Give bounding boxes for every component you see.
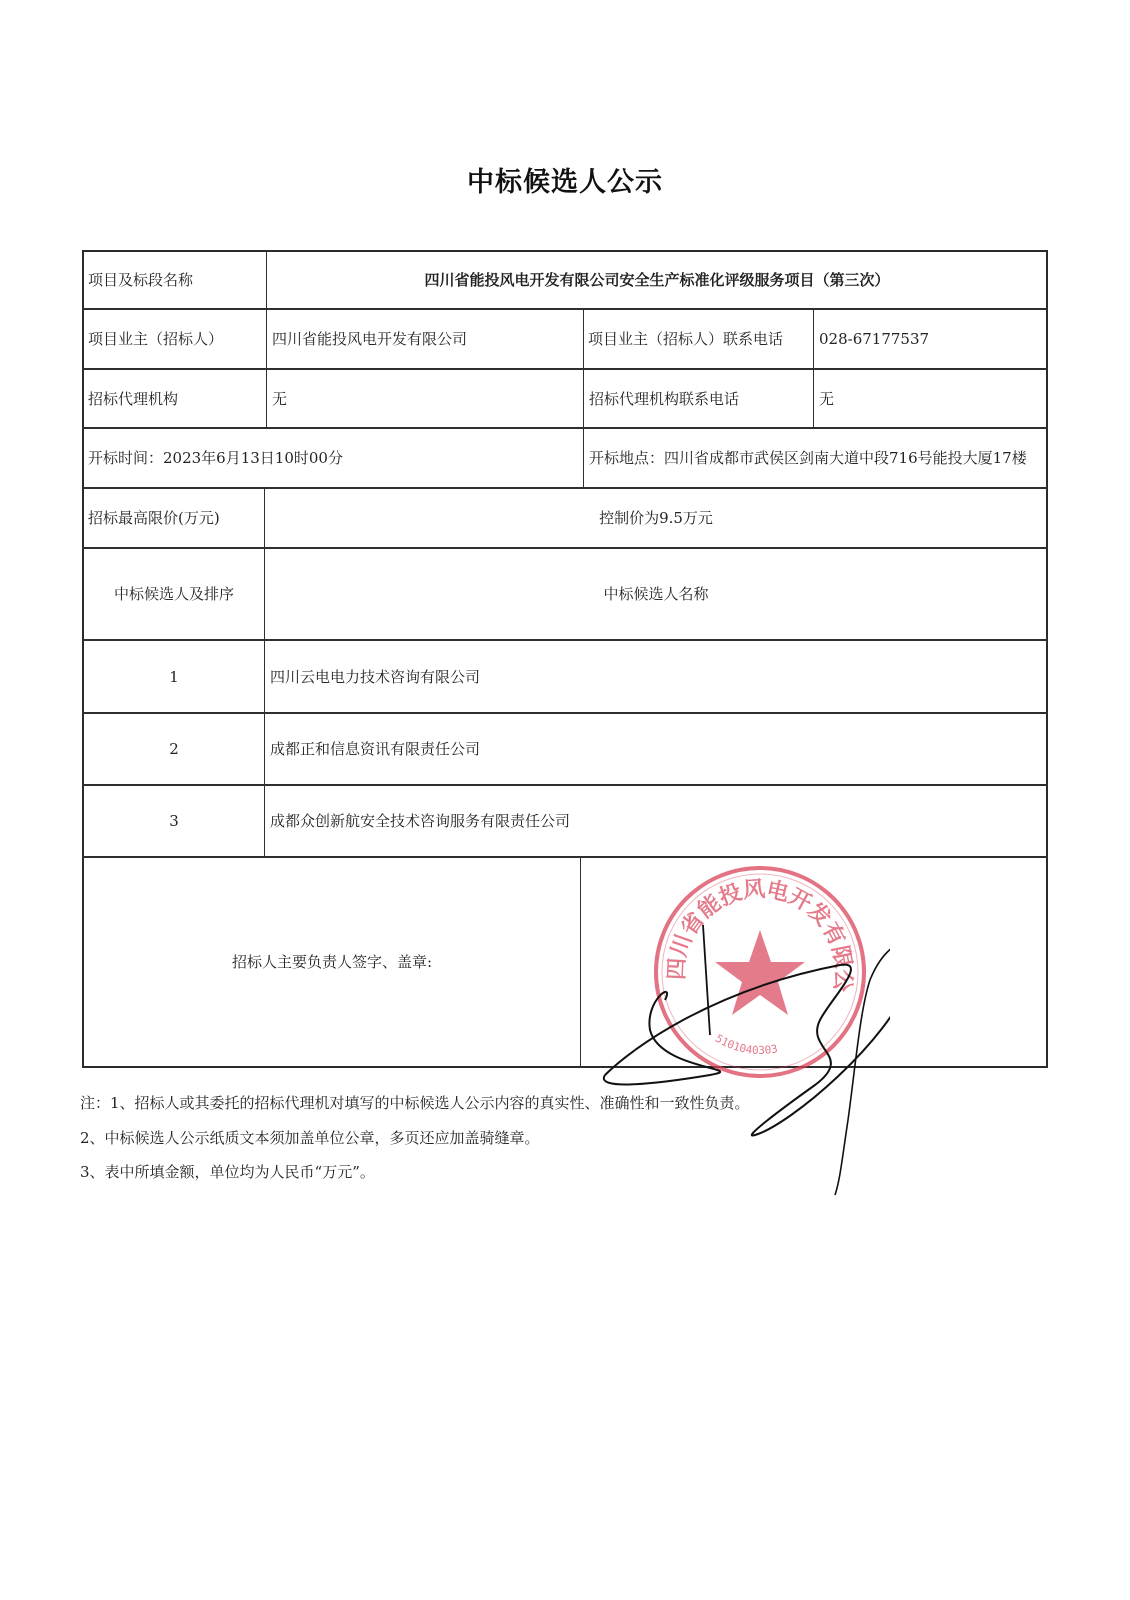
agency-phone-value: 无 (815, 370, 1046, 427)
owner-label: 项目业主（招标人） (84, 310, 266, 368)
project-name-label: 项目及标段名称 (84, 252, 266, 308)
note-1: 注：1、招标人或其委托的招标代理机对填写的中标候选人公示内容的真实性、准确性和一… (80, 1092, 750, 1113)
owner-phone-label: 项目业主（招标人）联系电话 (585, 310, 813, 368)
owner-phone-value: 028-67177537 (815, 310, 1046, 368)
agency-phone-label: 招标代理机构联系电话 (585, 370, 813, 427)
candidate-rank: 3 (84, 786, 264, 856)
opening-time: 开标时间：2023年6月13日10时00分 (84, 429, 583, 487)
candidate-rank: 2 (84, 714, 264, 784)
opening-location: 开标地点：四川省成都市武侯区剑南大道中段716号能投大厦17楼 (585, 429, 1046, 487)
signature-label: 招标人主要负责人签字、盖章: (84, 858, 580, 1066)
candidate-name: 四川云电电力技术咨询有限公司 (266, 641, 1046, 712)
candidates-name-header: 中标候选人名称 (266, 549, 1046, 639)
note-3: 3、表中所填金额，单位均为人民币“万元”。 (80, 1161, 375, 1182)
candidate-name: 成都众创新航安全技术咨询服务有限责任公司 (266, 786, 1046, 856)
project-name-value: 四川省能投风电开发有限公司安全生产标准化评级服务项目（第三次） (268, 252, 1046, 308)
col-divider (264, 488, 265, 857)
col-divider (583, 428, 584, 488)
agency-label: 招标代理机构 (84, 370, 266, 427)
candidate-name: 成都正和信息资讯有限责任公司 (266, 714, 1046, 784)
agency-value: 无 (268, 370, 583, 427)
col-divider (266, 250, 267, 428)
candidates-rank-header: 中标候选人及排序 (84, 549, 264, 639)
page-title: 中标候选人公示 (0, 160, 1130, 199)
owner-value: 四川省能投风电开发有限公司 (268, 310, 583, 368)
candidate-rank: 1 (84, 641, 264, 712)
note-2: 2、中标候选人公示纸质文本须加盖单位公章，多页还应加盖骑缝章。 (80, 1127, 540, 1148)
col-divider (583, 309, 584, 428)
col-divider (580, 857, 581, 1068)
col-divider (813, 309, 814, 428)
max-price-value: 控制价为9.5万元 (266, 489, 1046, 547)
max-price-label: 招标最高限价(万元) (84, 489, 264, 547)
company-seal-stamp: 四川省能投风电开发有限公司 5101040303 (650, 862, 870, 1082)
svg-text:5101040303: 5101040303 (713, 1032, 779, 1057)
